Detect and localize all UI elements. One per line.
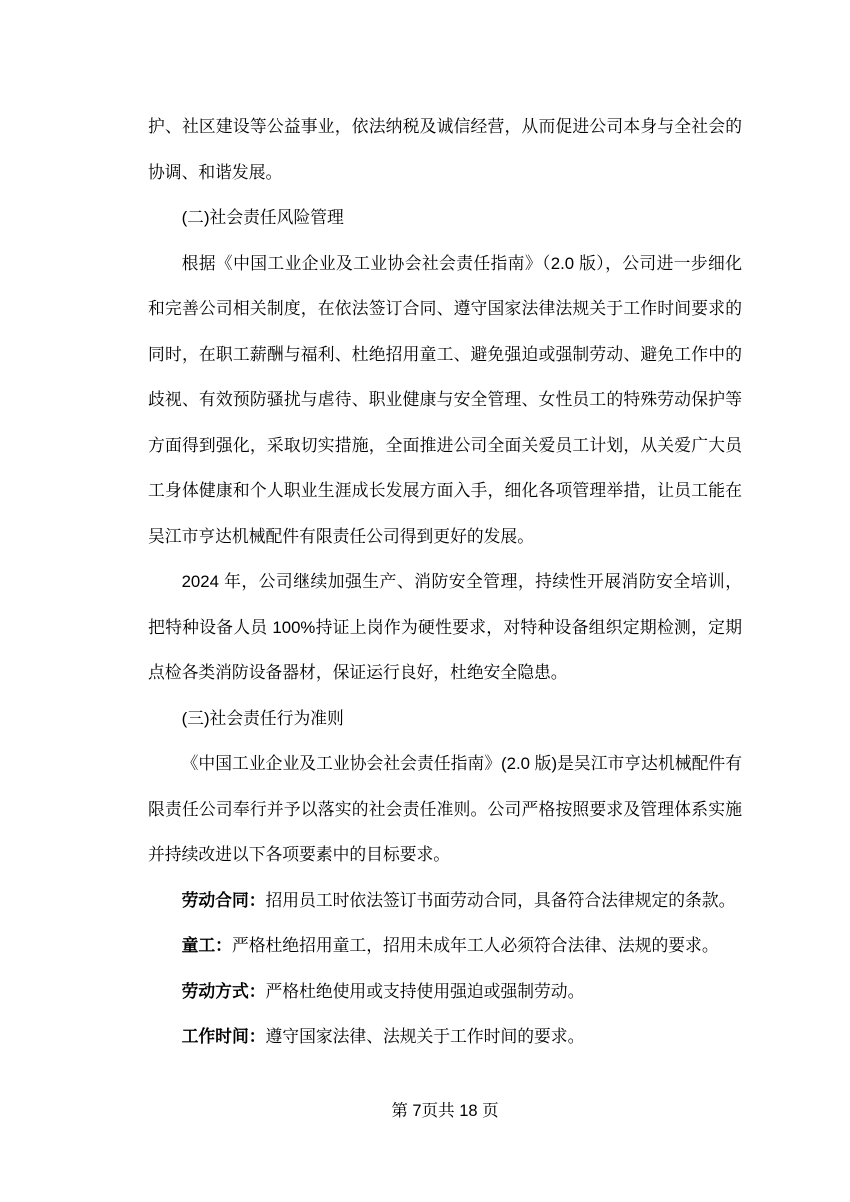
term-text: 招用员工时依法签订书面劳动合同，具备符合法律规定的条款。 — [266, 891, 736, 910]
paragraph-safety-2024: 2024 年，公司继续加强生产、消防安全管理，持续性开展消防安全培训，把特种设备… — [148, 559, 742, 696]
term-label: 劳动合同： — [182, 891, 266, 910]
paragraph-risk-management: 根据《中国工业企业及工业协会社会责任指南》（2.0 版），公司进一步细化和完善公… — [148, 241, 742, 560]
term-text: 严格杜绝使用或支持使用强迫或强制劳动。 — [266, 982, 585, 1001]
page-number: 第 7页共 18 页 — [391, 1102, 498, 1120]
page-footer: 第 7页共 18 页 — [148, 1101, 742, 1121]
term-text: 遵守国家法律、法规关于工作时间的要求。 — [266, 1027, 585, 1046]
document-body: 护、社区建设等公益事业，依法纳税及诚信经营，从而促进公司本身与全社会的协调、和谐… — [148, 104, 742, 1060]
document-page: 护、社区建设等公益事业，依法纳税及诚信经营，从而促进公司本身与全社会的协调、和谐… — [0, 0, 850, 1202]
term-label: 童工： — [182, 936, 232, 955]
section-heading-2: (二)社会责任风险管理 — [148, 195, 742, 241]
term-label: 劳动方式： — [182, 982, 266, 1001]
paragraph-code-of-conduct: 《中国工业企业及工业协会社会责任指南》(2.0 版)是吴江市亨达机械配件有限责任… — [148, 741, 742, 878]
section-heading-3: (三)社会责任行为准则 — [148, 696, 742, 742]
term-paragraph-labor-contract: 劳动合同：招用员工时依法签订书面劳动合同，具备符合法律规定的条款。 — [148, 878, 742, 924]
paragraph-continuation: 护、社区建设等公益事业，依法纳税及诚信经营，从而促进公司本身与全社会的协调、和谐… — [148, 104, 742, 195]
term-text: 严格杜绝招用童工，招用未成年工人必须符合法律、法规的要求。 — [232, 936, 719, 955]
term-label: 工作时间： — [182, 1027, 266, 1046]
term-paragraph-child-labor: 童工：严格杜绝招用童工，招用未成年工人必须符合法律、法规的要求。 — [148, 923, 742, 969]
term-paragraph-labor-method: 劳动方式：严格杜绝使用或支持使用强迫或强制劳动。 — [148, 969, 742, 1015]
term-paragraph-working-hours: 工作时间：遵守国家法律、法规关于工作时间的要求。 — [148, 1014, 742, 1060]
